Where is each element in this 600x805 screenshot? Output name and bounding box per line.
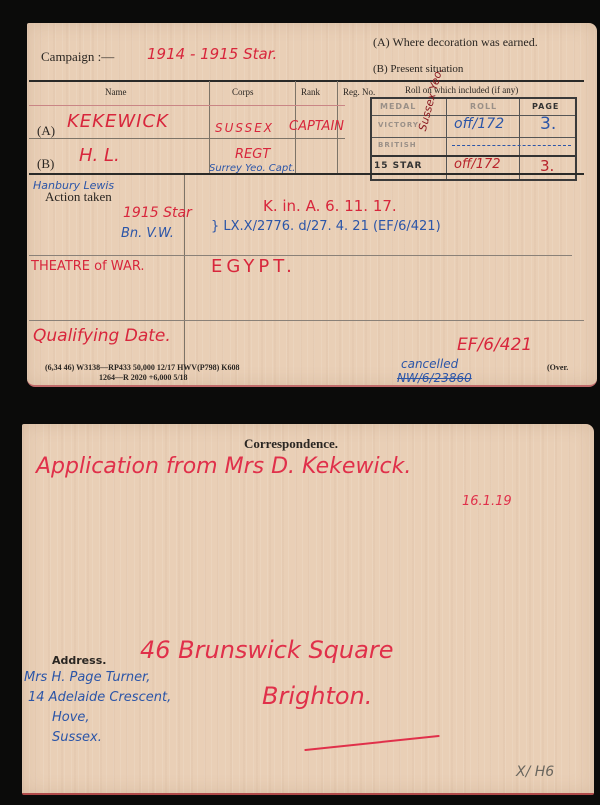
col-regno-header: Reg. No.: [343, 87, 375, 97]
where-earned-label: (A) Where decoration was earned.: [373, 35, 538, 50]
british-roll-dash: [452, 145, 571, 146]
stamp-header-roll: ROLL: [470, 102, 497, 111]
corner-mark: X/ H6: [516, 764, 554, 780]
table-bottom-divider: [29, 173, 584, 175]
address-left-line-1: Mrs H. Page Turner,: [24, 670, 150, 685]
address-right-line-1: 46 Brunswick Square: [140, 636, 393, 664]
stamp-roll-victory: off/172: [454, 116, 504, 132]
row-divider: [29, 138, 345, 139]
address-label: Address.: [52, 654, 106, 667]
correspondence-title: Correspondence.: [244, 436, 338, 452]
col-name-header: Name: [105, 87, 127, 97]
print-line-2: 1264—R 2020 +6,000 5/18: [99, 373, 188, 382]
correspondence-date: 16.1.19: [462, 494, 512, 509]
stamp-roll-star: off/172: [454, 157, 501, 172]
stamp-header-page: PAGE: [532, 102, 559, 111]
row-a-name: KEKEWICK: [67, 111, 169, 132]
address-right-line-2: Brighton.: [262, 682, 372, 710]
over-label: (Over.: [547, 363, 568, 372]
header-divider: [29, 80, 584, 82]
address-left-line-3: Hove,: [52, 710, 90, 725]
action-bottom-divider: [29, 255, 572, 256]
row-b-marker: (B): [37, 156, 54, 172]
medal-card-back: Correspondence. Application from Mrs D. …: [22, 424, 594, 795]
address-underline: [304, 735, 439, 751]
row-b-name: H. L.: [79, 145, 120, 166]
action-left-1: 1915 Star: [123, 205, 192, 221]
col-divider: [209, 81, 210, 173]
correspondence-line-1: Application from Mrs D. Kekewick.: [36, 454, 411, 479]
stamp-medal-british: BRITISH: [378, 141, 417, 149]
present-situation-label: (B) Present situation: [373, 63, 463, 75]
qualifying-ref: EF/6/421: [457, 335, 532, 355]
medal-roll-stamp: MEDAL ROLL PAGE VICTORY off/172 3. BRITI…: [370, 97, 577, 181]
stamp-page-victory: 3.: [540, 114, 556, 134]
row-b-corps: REGT: [235, 147, 270, 162]
print-line-1: (6,34 46) W3138—RP433 50,000 12/17 HWV(P…: [45, 363, 240, 372]
theatre-value: EGYPT.: [211, 256, 296, 277]
medal-card-front: Campaign :— 1914 - 1915 Star. (A) Where …: [27, 23, 597, 387]
row-a-rank: CAPTAIN: [289, 119, 344, 134]
action-taken-label: Action taken: [45, 189, 112, 205]
campaign-label: Campaign :—: [41, 49, 114, 65]
address-left-line-2: 14 Adelaide Crescent,: [28, 690, 171, 705]
stamp-medal-star: 15 STAR: [374, 161, 422, 171]
row-a-marker: (A): [37, 123, 55, 139]
col-roll-header: Roll on which included (if any): [405, 85, 518, 95]
address-left-line-4: Sussex.: [52, 730, 102, 745]
stamp-header-medal: MEDAL: [380, 102, 416, 111]
col-rank-header: Rank: [301, 87, 320, 97]
row-divider: [29, 105, 345, 106]
theatre-label: THEATRE of WAR.: [31, 259, 145, 274]
row-a-corps: SUSSEX: [215, 121, 274, 135]
action-line-1: K. in. A. 6. 11. 17.: [263, 197, 397, 215]
cancelled-ref: NW/6/23860: [397, 371, 472, 385]
col-corps-header: Corps: [232, 87, 254, 97]
action-left-2: Bn. V.W.: [121, 226, 174, 241]
theatre-bottom-divider: [29, 320, 584, 321]
cancelled-label: cancelled: [401, 357, 458, 371]
action-line-2: } LX.X/2776. d/27. 4. 21 (EF/6/421): [211, 219, 441, 234]
qualifying-label: Qualifying Date.: [33, 326, 171, 346]
campaign-value: 1914 - 1915 Star.: [147, 45, 277, 63]
stamp-medal-victory: VICTORY: [378, 121, 419, 129]
stamp-signature: Sussex Yeo.: [416, 67, 445, 133]
